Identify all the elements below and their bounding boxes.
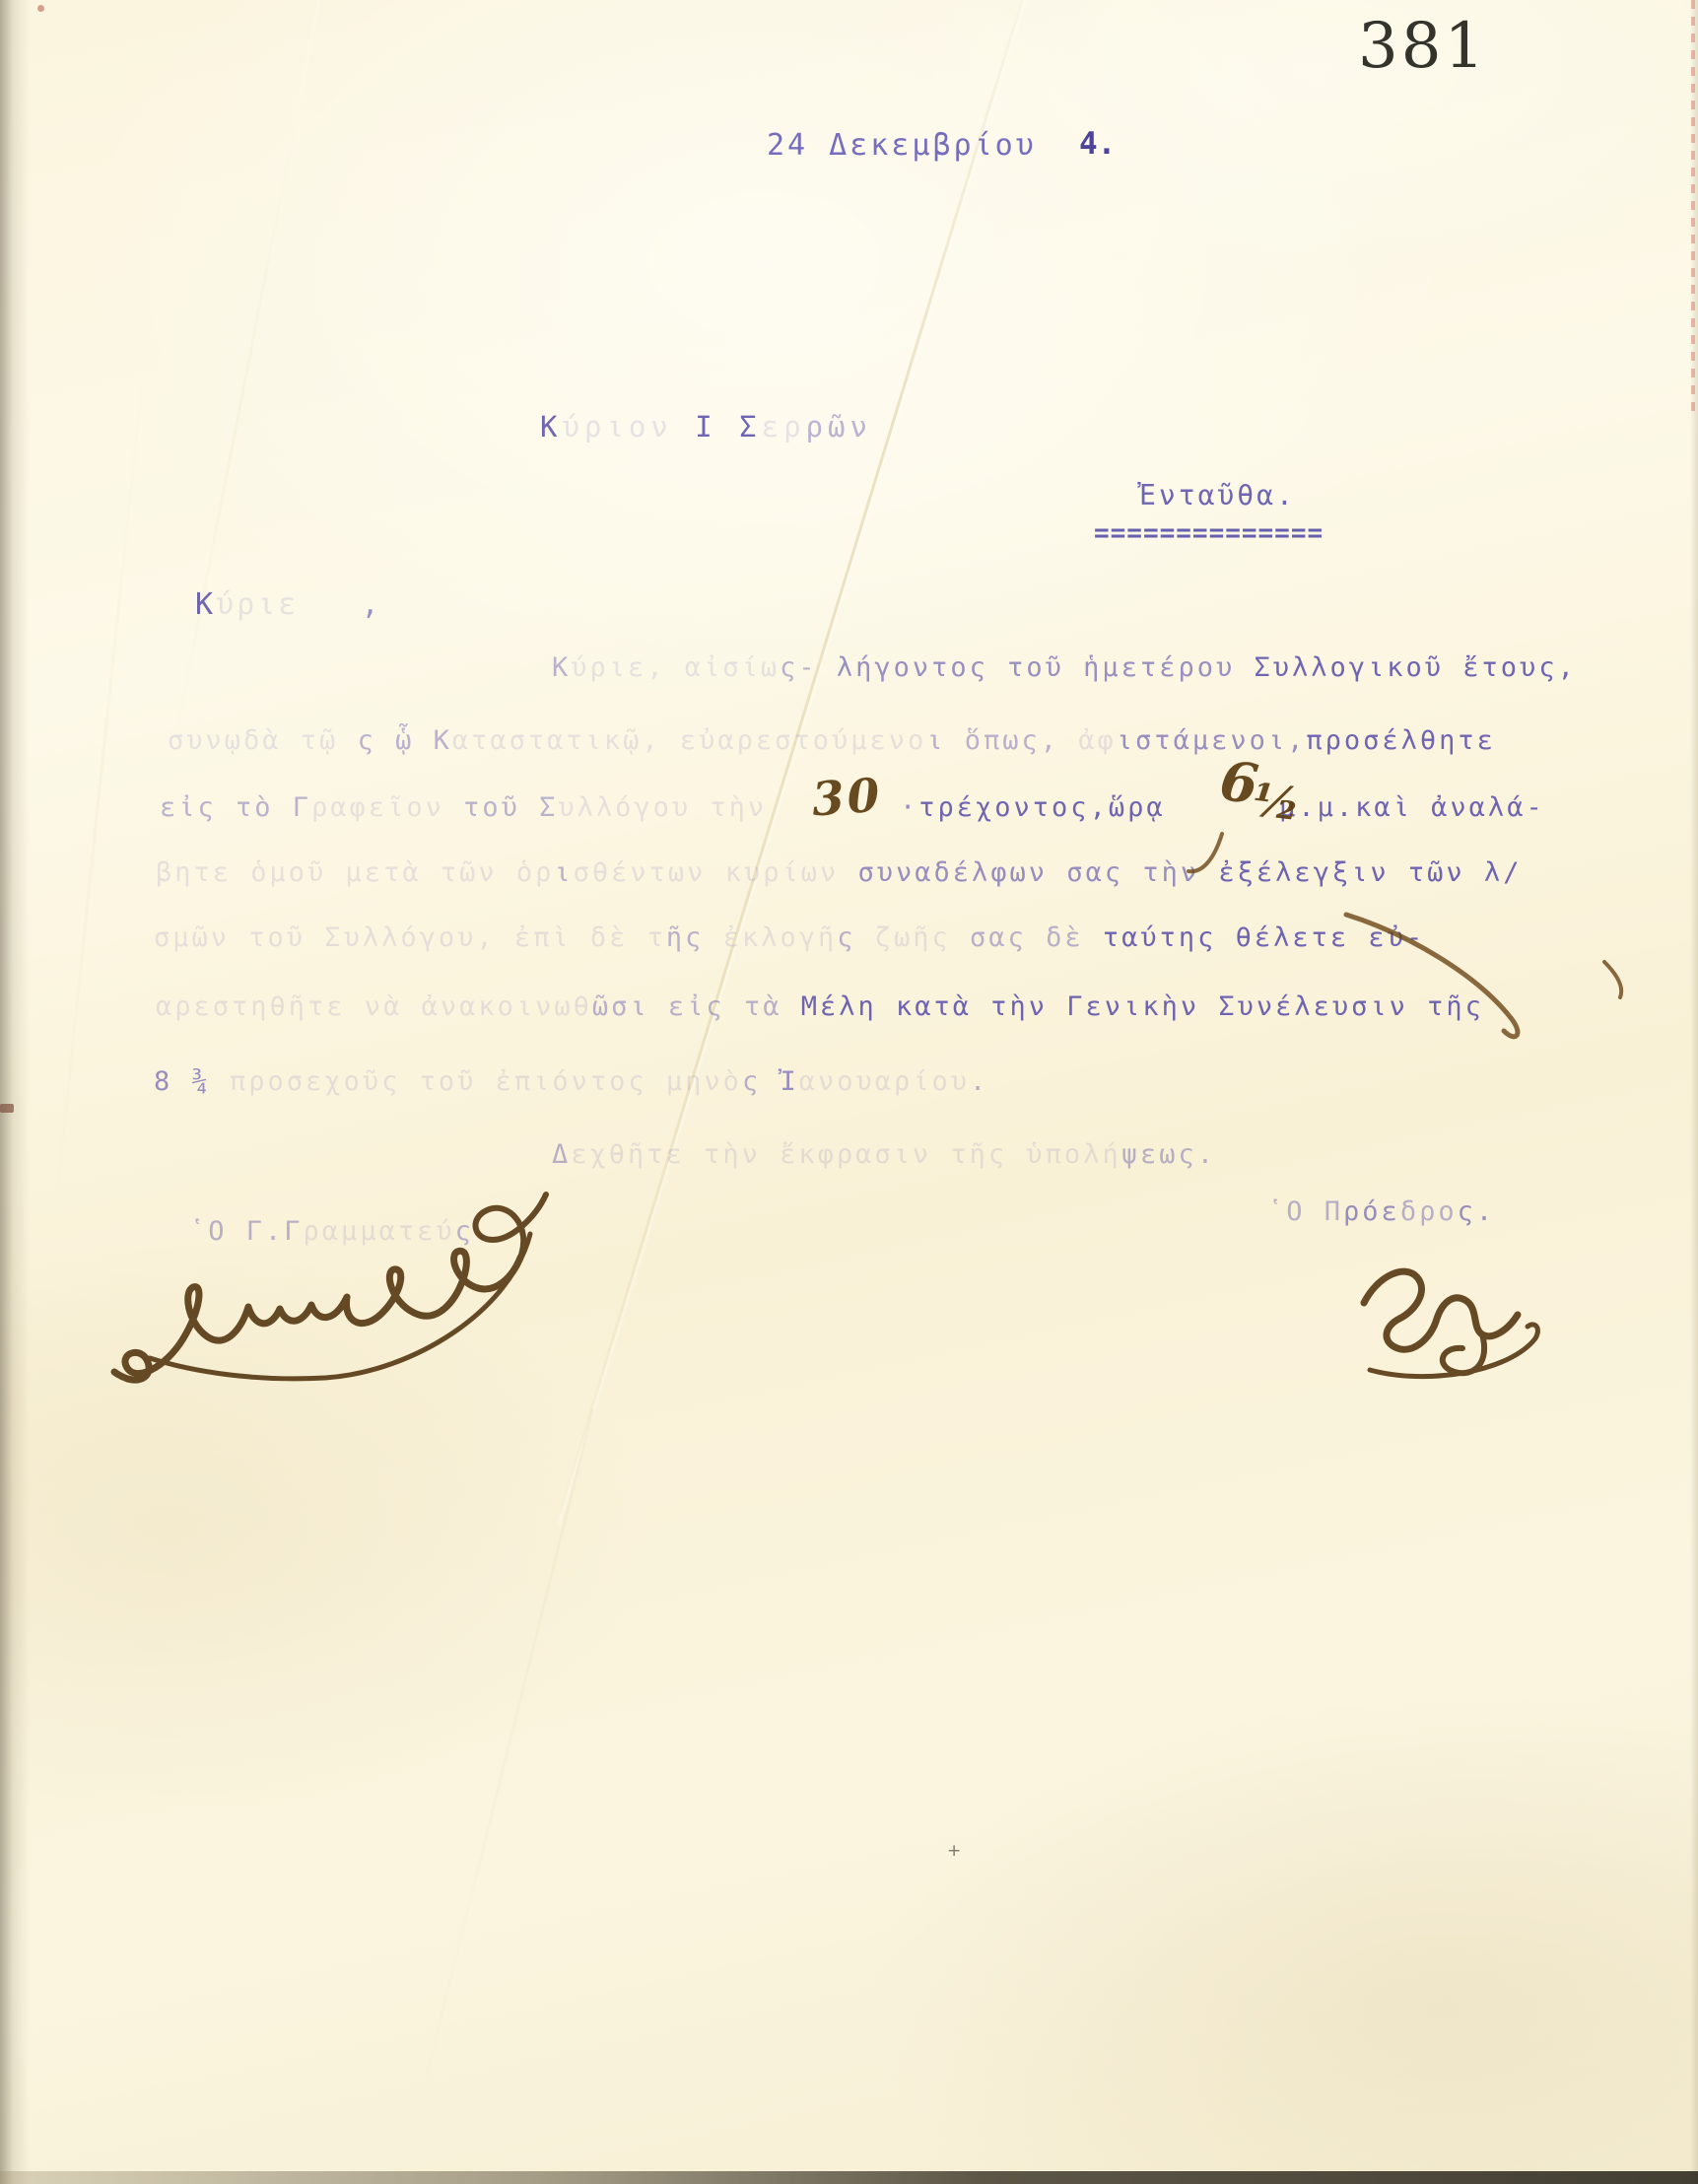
typed-text-segment: Ἐνταῦθα. (1139, 479, 1296, 512)
typed-text-segment: έντων (611, 857, 725, 888)
typed-text-segment: ζωῆς (875, 922, 970, 953)
handwritten-time: 6½ (1216, 748, 1309, 822)
handwritten-day-number: 30 (810, 769, 884, 828)
typed-text-segment: σας (970, 922, 1046, 953)
page-number: 381 (1358, 10, 1487, 83)
typed-text-segment: υλλόγ (344, 922, 439, 953)
typed-text-segment: ἐξέλεγξιν τῶν λ/ (1218, 857, 1522, 888)
typed-text-segment: ιστάμενοι, (1117, 725, 1307, 756)
typed-text-segment: ε (278, 587, 299, 622)
typed-text-segment: προσεχοῦς τοῦ ἐπιόντος μηνὸ (230, 1066, 742, 1097)
typed-text-segment: Ι Σ (673, 410, 762, 444)
typed-text-segment: ρῶν (806, 410, 872, 444)
typed-text-segment: Κ (552, 652, 571, 683)
paper-crease (171, 0, 328, 754)
typed-text-segment: ι (554, 857, 573, 888)
typed-text-segment: Μέλη κατὰ τὴν Γενικὴν Συνέλευσιν τῆς (801, 991, 1484, 1022)
typed-text-segment: ὑπολή (1026, 1139, 1121, 1170)
handwritten-day-text: 30 (810, 769, 884, 828)
body-line-7: 8 ¾ προσεχοῦς τοῦ ἐπιόντος μηνὸς Ἰανουαρ… (154, 1066, 988, 1097)
typed-text-segment: αταστατικῷ, εὐαρεστούμενο (452, 725, 926, 756)
date-number: 4. (1079, 126, 1116, 162)
typed-text-segment: μ.μ.καὶ ἀναλά- (1279, 792, 1545, 823)
ink-speck: + (947, 1841, 961, 1861)
typed-text-segment: ανουαρίου (799, 1066, 970, 1097)
typed-text-segment: ραμματεύ (304, 1216, 455, 1247)
body-line-2: συνῳδὰ τῷ ς ᾧ Καταστατικῷ, εὐαρεστούμενο… (168, 725, 1496, 756)
body-line-4: βητε ὁμοῦ μετὰ τῶν ὁρισθέντων κυρίων συν… (156, 857, 1522, 888)
recipient-line: Κύριον Ι Σερρῶν (540, 410, 872, 444)
secretary-title-label: ῾Ο Γ.Γραμματεύς. (189, 1216, 493, 1247)
typed-text-segment: · (900, 792, 918, 823)
typed-text-segment: ς (837, 922, 875, 953)
typed-text-segment: δὲ (1046, 922, 1103, 953)
ink-speck (37, 5, 44, 12)
typed-text-segment: . (970, 1066, 988, 1097)
paper-crease (405, 1409, 594, 2156)
typed-text-segment: ἀνακοινωθ (422, 991, 592, 1022)
typed-text-segment: ῶσι (592, 991, 668, 1022)
place-line: Ἐνταῦθα. (1139, 479, 1296, 512)
typed-text-segment: λήγοντος τοῦ ἡμετέρου (837, 652, 1255, 683)
typed-text-segment: ρόε (1343, 1196, 1400, 1227)
typed-text-segment: συνῳδὰ τῷ (168, 725, 358, 756)
body-line-1: Κύριε, αἰσίως- λήγοντος τοῦ ἡμετέρου Συλ… (552, 652, 1577, 683)
typed-text-segment: ς. (455, 1216, 494, 1247)
typed-text-segment: σθ (574, 857, 612, 888)
body-line-5: σμῶν τοῦ Συλλόγου, ἐπὶ δὲ τῆς ἐκλογῆς ζω… (154, 922, 1425, 953)
typed-text-segment: ῆς (666, 922, 723, 953)
paper-crease (555, 0, 1042, 1525)
body-line-6: αρεστηθῆτε νὰ ἀνακοινωθῶσι εἰς τὰ Μέλη κ… (156, 991, 1484, 1022)
typed-text-segment: ῾Ο Π (1267, 1196, 1343, 1227)
typed-text-segment: ύριον (562, 410, 672, 444)
typed-text-segment: ύρι (216, 587, 278, 622)
scanned-letter-page: + 381 24 Δεκεμβρίου 4. Κύριον Ι Σερρῶν Ἐ… (0, 0, 1698, 2184)
typed-text-segment: Ἰ (780, 1066, 798, 1097)
closing-line: Δεχθῆτε τὴν ἔκφρασιν τῆς ὑπολήψεως. (552, 1139, 1216, 1170)
scan-edge-bottom (0, 2171, 1698, 2184)
paper-crease (50, 315, 151, 1247)
typed-text-segment: ἀφ (1078, 725, 1117, 756)
typed-text-segment: Δ (552, 1139, 571, 1170)
typed-text-segment: τρέχοντος,ὥρᾳ (918, 792, 1185, 823)
typed-text-segment: ς- (780, 652, 837, 683)
typed-text-segment: τὴν (710, 792, 785, 823)
typed-text-segment: ῾Ο Γ.Γ (189, 1216, 304, 1247)
typed-text-segment: ἐκλογῆ (723, 922, 838, 953)
typed-text-segment: ι ὅπως, (926, 725, 1078, 756)
scan-edge-red-dashes (1691, 0, 1695, 414)
typed-text-segment: υλλόγου (558, 792, 710, 823)
typed-text-segment: δρο (1400, 1196, 1458, 1227)
typed-text-segment: ύριε, αἰσίω (571, 652, 780, 683)
typed-text-segment: ς (742, 1066, 781, 1097)
underline-equals: ============== (1094, 518, 1324, 548)
typed-text-segment: Κ (540, 410, 562, 444)
typed-text-segment: τὴν ἔκφρασιν (704, 1139, 950, 1170)
president-title-label: ῾Ο Πρόεδρος. (1267, 1196, 1495, 1227)
typed-text-segment: Κ (195, 587, 216, 622)
typed-text-segment: συναδέλφων σας τὴν (858, 857, 1219, 888)
typed-text-segment: αρεστηθῆτε νὰ (156, 991, 422, 1022)
typed-text-segment: τῆς (950, 1139, 1026, 1170)
signature-right (1364, 1271, 1537, 1376)
typed-text-segment: σμῶν τοῦ Σ (154, 922, 344, 953)
typed-text-segment: τοῦ Σ (463, 792, 558, 823)
typed-text-segment: ς ᾧ Κ (358, 725, 452, 756)
typed-text-segment: ============== (1094, 518, 1324, 548)
typed-text-segment: βητε ὁμοῦ μετὰ τῶν ὁρ (156, 857, 554, 888)
salutation-line: Κύριε , (195, 587, 382, 622)
typed-text-segment: κυρίων (725, 857, 858, 888)
typed-text-segment: ου, ἐπὶ δὲ τ (439, 922, 666, 953)
typed-text-segment: , (299, 587, 381, 622)
typed-text-segment: ραφεῖον (311, 792, 463, 823)
typed-text-segment: 8 ¾ (154, 1066, 230, 1097)
typed-text-segment: ταύτης θέλετε εὐ- (1103, 922, 1425, 953)
typed-text-segment: εἰς τὸ Γ (160, 792, 311, 823)
typed-text-segment: ερ (762, 410, 806, 444)
typed-text-segment: ς. (1458, 1196, 1496, 1227)
scan-edge-left (0, 0, 30, 2184)
typed-text-segment: εχθῆτε (571, 1139, 704, 1170)
date-stamp: 24 Δεκεμβρίου (767, 128, 1037, 163)
typed-text-segment: Συλλογικοῦ ἔτους, (1254, 652, 1576, 683)
handwritten-fraction-text: ½ (1250, 773, 1303, 831)
typed-text-segment: ψεως. (1121, 1139, 1216, 1170)
typed-text-segment: προσέλθητε (1306, 725, 1496, 756)
ink-speck (0, 1104, 14, 1113)
typed-text-segment: εἰς τὰ (668, 991, 801, 1022)
